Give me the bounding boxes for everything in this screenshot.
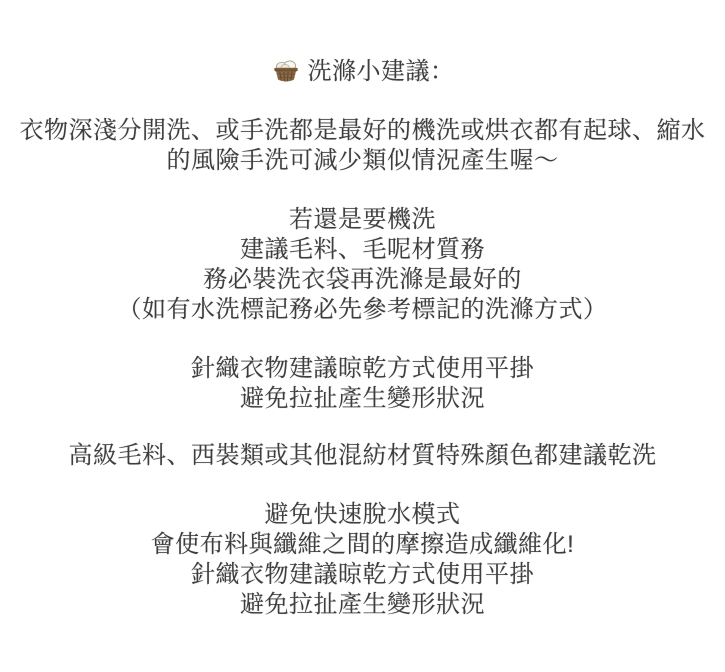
text-line: 務必裝洗衣袋再洗滌是最好的 — [0, 265, 725, 295]
text-line: （如有水洗標記務必先參考標記的洗滌方式） — [0, 295, 725, 325]
text-line: 若還是要機洗 — [0, 205, 725, 235]
paragraph-machine-wash: 若還是要機洗 建議毛料、毛呢材質務 務必裝洗衣袋再洗滌是最好的 （如有水洗標記務… — [0, 205, 725, 325]
laundry-basket-icon — [271, 57, 301, 87]
text-line: 避免拉扯產生變形狀況 — [0, 590, 725, 620]
paragraph-knitwear-drying: 針織衣物建議晾乾方式使用平掛 避免拉扯產生變形狀況 — [0, 354, 725, 414]
text-line: 高級毛料、西裝類或其他混紡材質特殊顏色都建議乾洗 — [0, 441, 725, 471]
text-line: 建議毛料、毛呢材質務 — [0, 235, 725, 265]
note-title: 洗滌小建議： — [0, 56, 725, 88]
text-line: 衣物深淺分開洗、或手洗都是最好的機洗或烘衣都有起球、縮水 — [0, 116, 725, 146]
laundry-tips-note: 洗滌小建議： 衣物深淺分開洗、或手洗都是最好的機洗或烘衣都有起球、縮水 的風險手… — [0, 0, 725, 620]
text-line: 的風險手洗可減少類似情況產生喔～ — [0, 146, 725, 176]
text-line: 會使布料與纖維之間的摩擦造成纖維化! — [0, 530, 725, 560]
text-line: 避免拉扯產生變形狀況 — [0, 384, 725, 414]
text-line: 針織衣物建議晾乾方式使用平掛 — [0, 560, 725, 590]
note-title-text: 洗滌小建議： — [308, 57, 455, 87]
paragraph-dry-clean: 高級毛料、西裝類或其他混紡材質特殊顏色都建議乾洗 — [0, 441, 725, 471]
paragraph-spin-mode: 避免快速脫水模式 會使布料與纖維之間的摩擦造成纖維化! 針織衣物建議晾乾方式使用… — [0, 500, 725, 620]
text-line: 針織衣物建議晾乾方式使用平掛 — [0, 354, 725, 384]
text-line: 避免快速脫水模式 — [0, 500, 725, 530]
paragraph-wash-separately: 衣物深淺分開洗、或手洗都是最好的機洗或烘衣都有起球、縮水 的風險手洗可減少類似情… — [0, 116, 725, 176]
